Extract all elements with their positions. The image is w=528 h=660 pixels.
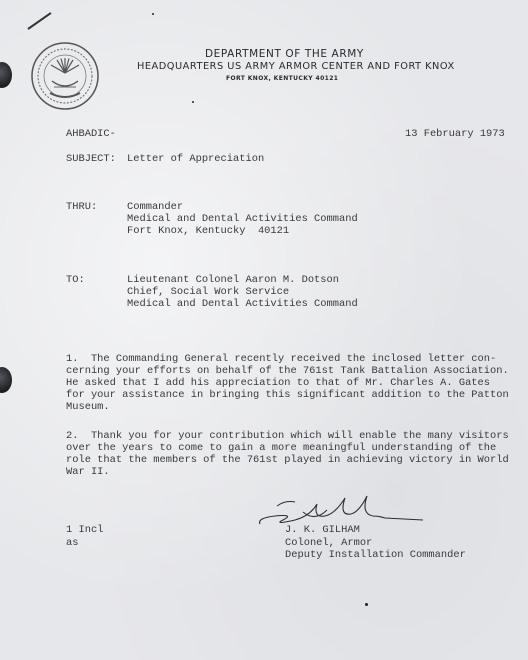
paragraph-1-line: 1. The Commanding General recently recei… <box>66 353 496 365</box>
paragraph-2-line: 2. Thank you for your contribution which… <box>66 430 509 442</box>
office-symbol: AHBADIC- <box>66 128 116 140</box>
paragraph-1-line: for your assistance in bringing this sig… <box>66 389 509 401</box>
to-line-2: Chief, Social Work Service <box>127 286 289 298</box>
letterhead-headquarters: HEADQUARTERS US ARMY ARMOR CENTER AND FO… <box>137 61 455 72</box>
punch-hole-middle <box>0 367 12 393</box>
letter-page: DEPARTMENT OF THE ARMY HEADQUARTERS US A… <box>0 0 528 660</box>
paragraph-1-line: Museum. <box>66 401 110 413</box>
paragraph-1-line: cerning your efforts on behalf of the 76… <box>66 365 509 377</box>
letterhead-department: DEPARTMENT OF THE ARMY <box>205 48 364 60</box>
enclosure-note: as <box>66 537 78 549</box>
signer-name: J. K. GILHAM <box>285 524 360 536</box>
army-seal-icon <box>30 41 100 111</box>
signer-title: Deputy Installation Commander <box>285 549 466 561</box>
staple-mark <box>27 12 51 30</box>
thru-line-2: Medical and Dental Activities Command <box>127 213 358 225</box>
paragraph-2-line: over the years to come to gain a more me… <box>66 442 496 454</box>
thru-label: THRU: <box>66 201 97 213</box>
punch-hole-top <box>0 62 12 88</box>
thru-line-3: Fort Knox, Kentucky 40121 <box>127 225 289 237</box>
paper-speck <box>152 13 154 15</box>
paragraph-2-line: War II. <box>66 466 110 478</box>
subject-label: SUBJECT: <box>66 153 116 165</box>
paragraph-1-line: He asked that I add his appreciation to … <box>66 377 490 389</box>
to-line-3: Medical and Dental Activities Command <box>127 298 358 310</box>
signer-rank: Colonel, Armor <box>285 537 372 549</box>
letter-date: 13 February 1973 <box>405 128 505 140</box>
thru-line-1: Commander <box>127 201 183 213</box>
letterhead-address: FORT KNOX, KENTUCKY 40121 <box>226 75 338 82</box>
paper-speck <box>192 101 194 103</box>
to-line-1: Lieutenant Colonel Aaron M. Dotson <box>127 274 339 286</box>
paragraph-2-line: role that the members of the 761st playe… <box>66 454 509 466</box>
enclosure-count: 1 Incl <box>66 524 103 536</box>
paper-speck <box>365 603 368 606</box>
subject-value: Letter of Appreciation <box>127 153 264 165</box>
to-label: TO: <box>66 274 85 286</box>
